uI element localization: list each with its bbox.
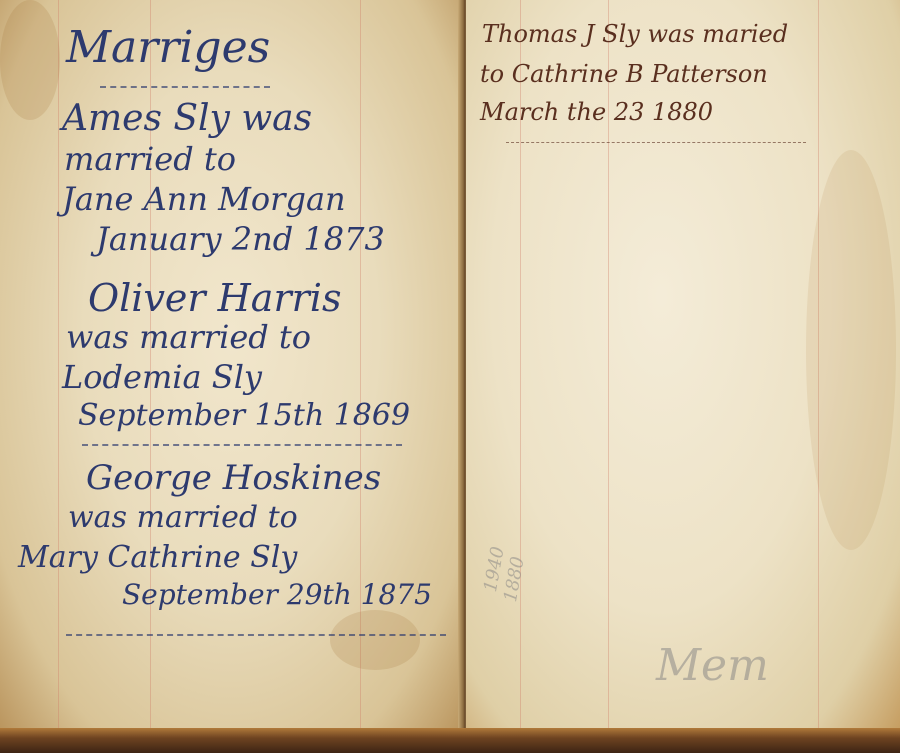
entry-line: George Hoskines <box>86 458 381 498</box>
open-book: Marriges Ames Sly was married to Jane An… <box>0 0 900 753</box>
paper-stain <box>806 150 896 550</box>
entry-line: Thomas J Sly was maried <box>482 20 788 48</box>
entry-line: Oliver Harris <box>88 276 341 320</box>
pencil-note: Mem <box>656 640 769 691</box>
entry-line: to Cathrine B Patterson <box>480 60 768 88</box>
entry-line: Jane Ann Morgan <box>62 180 346 218</box>
flourish-divider <box>66 634 446 636</box>
entry-line: Ames Sly was <box>62 98 312 139</box>
entry-line: Mary Cathrine Sly <box>18 540 297 575</box>
paper-stain <box>0 0 60 120</box>
entry-date: January 2nd 1873 <box>96 220 385 258</box>
entry-line: was married to <box>68 500 298 535</box>
right-page: Thomas J Sly was maried to Cathrine B Pa… <box>466 0 900 740</box>
entry-date: March the 23 1880 <box>480 98 713 126</box>
paper-stain <box>330 610 420 670</box>
entry-line: married to <box>64 140 236 178</box>
flourish-divider <box>100 86 270 88</box>
dashed-divider <box>506 142 806 143</box>
left-page: Marriges Ames Sly was married to Jane An… <box>0 0 462 740</box>
page-heading: Marriges <box>66 22 270 73</box>
entry-date: September 29th 1875 <box>122 578 432 611</box>
ruled-line <box>58 0 59 740</box>
entry-line: was married to <box>66 318 311 356</box>
book-bottom-edge <box>0 728 900 753</box>
entry-date: September 15th 1869 <box>78 398 410 433</box>
entry-line: Lodemia Sly <box>62 358 262 396</box>
flourish-divider <box>82 444 402 446</box>
